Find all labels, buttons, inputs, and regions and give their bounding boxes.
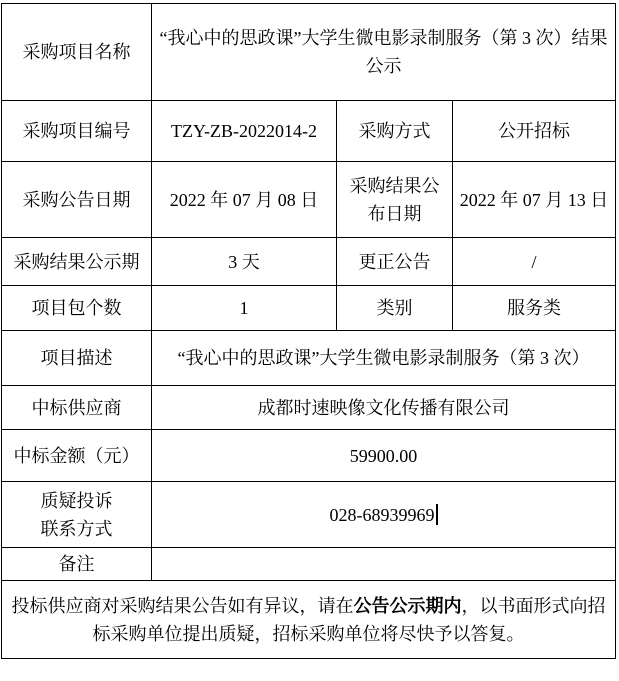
procurement-result-table: 采购项目名称 “我心中的思政课”大学生微电影录制服务（第 3 次）结果公示 采购… — [1, 3, 616, 659]
value-project-number: TZY-ZB-2022014-2 — [152, 101, 337, 162]
value-project-name: “我心中的思政课”大学生微电影录制服务（第 3 次）结果公示 — [152, 4, 616, 101]
label-result-publicity-period: 采购结果公示期 — [2, 238, 152, 286]
table-row: 质疑投诉 联系方式 028-68939969 — [2, 482, 616, 548]
phone-number: 028-68939969 — [330, 505, 435, 525]
table-row: 采购项目编号 TZY-ZB-2022014-2 采购方式 公开招标 — [2, 101, 616, 162]
value-procurement-method: 公开招标 — [453, 101, 616, 162]
label-announcement-date: 采购公告日期 — [2, 162, 152, 238]
label-project-description: 项目描述 — [2, 331, 152, 386]
label-project-name: 采购项目名称 — [2, 4, 152, 101]
value-package-count: 1 — [152, 286, 337, 331]
value-announcement-date: 2022 年 07 月 08 日 — [152, 162, 337, 238]
text-cursor-caret — [436, 504, 438, 525]
value-complaint-contact[interactable]: 028-68939969 — [152, 482, 616, 548]
footer-text-bold: 公告公示期内 — [354, 596, 462, 616]
table-row: 备注 — [2, 548, 616, 581]
footer-note: 投标供应商对采购结果公告如有异议，请在公告公示期内，以书面形式向招标采购单位提出… — [2, 581, 616, 659]
label-remarks: 备注 — [2, 548, 152, 581]
label-complaint-contact: 质疑投诉 联系方式 — [2, 482, 152, 548]
footer-text-prefix: 投标供应商对采购结果公告如有异议，请在 — [12, 596, 354, 616]
table-row: 项目包个数 1 类别 服务类 — [2, 286, 616, 331]
table-row: 项目描述 “我心中的思政课”大学生微电影录制服务（第 3 次） — [2, 331, 616, 386]
value-winning-amount: 59900.00 — [152, 430, 616, 482]
label-procurement-method: 采购方式 — [337, 101, 453, 162]
table-row: 采购项目名称 “我心中的思政课”大学生微电影录制服务（第 3 次）结果公示 — [2, 4, 616, 101]
label-project-number: 采购项目编号 — [2, 101, 152, 162]
label-category: 类别 — [337, 286, 453, 331]
table-row: 采购公告日期 2022 年 07 月 08 日 采购结果公 布日期 2022 年… — [2, 162, 616, 238]
label-winning-supplier: 中标供应商 — [2, 386, 152, 430]
label-package-count: 项目包个数 — [2, 286, 152, 331]
table-row: 中标金额（元） 59900.00 — [2, 430, 616, 482]
value-result-publish-date: 2022 年 07 月 13 日 — [453, 162, 616, 238]
value-winning-supplier: 成都时速映像文化传播有限公司 — [152, 386, 616, 430]
value-result-publicity-period: 3 天 — [152, 238, 337, 286]
label-result-publish-date: 采购结果公 布日期 — [337, 162, 453, 238]
label-winning-amount: 中标金额（元） — [2, 430, 152, 482]
label-correction-notice: 更正公告 — [337, 238, 453, 286]
procurement-result-document: 采购项目名称 “我心中的思政课”大学生微电影录制服务（第 3 次）结果公示 采购… — [0, 0, 618, 678]
table-row: 投标供应商对采购结果公告如有异议，请在公告公示期内，以书面形式向招标采购单位提出… — [2, 581, 616, 659]
table-row: 采购结果公示期 3 天 更正公告 / — [2, 238, 616, 286]
value-correction-notice: / — [453, 238, 616, 286]
value-category: 服务类 — [453, 286, 616, 331]
value-remarks — [152, 548, 616, 581]
value-project-description: “我心中的思政课”大学生微电影录制服务（第 3 次） — [152, 331, 616, 386]
table-row: 中标供应商 成都时速映像文化传播有限公司 — [2, 386, 616, 430]
